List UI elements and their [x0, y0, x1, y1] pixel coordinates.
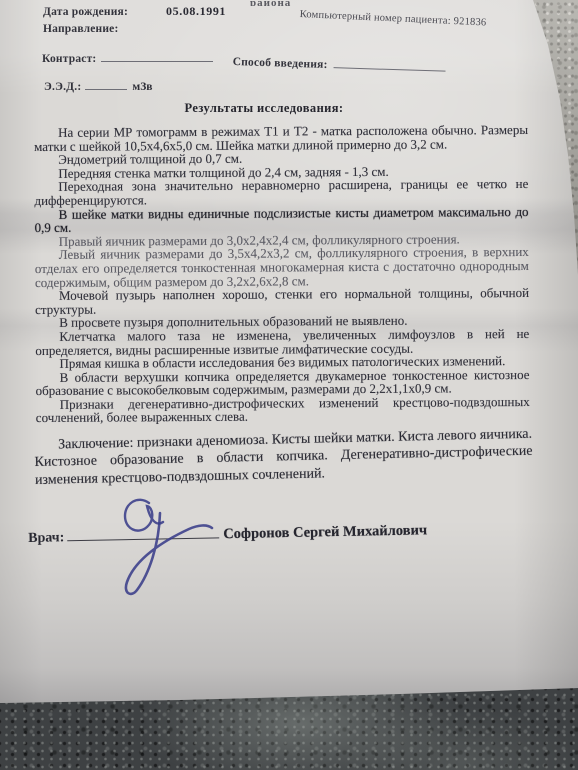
contrast-row: Контраст: [42, 49, 213, 67]
eed-label: Э.Э.Д.: [44, 81, 81, 93]
doctor-name: Софронов Сергей Михайлович [223, 522, 427, 542]
results-paragraph: Переходная зона значительно неравномерно… [34, 177, 528, 207]
doctor-label: Врач: [28, 530, 64, 546]
document-paper: района Дата рождения:05.08.1991 Компьюте… [0, 0, 578, 710]
administration-method-row: Способ введения: [232, 52, 445, 77]
administration-method-blank-line [334, 57, 446, 72]
birth-date-row: Дата рождения:05.08.1991 [43, 2, 226, 20]
birth-date-label: Дата рождения: [43, 6, 128, 18]
results-paragraph: Мочевой пузырь наполнен хорошо, стенки е… [35, 286, 529, 316]
referral-row: Направление: [43, 19, 119, 37]
results-paragraph: Левый яичник размерами до 3,5х4,2х3,2 см… [35, 245, 529, 289]
patient-number-value: 921836 [453, 16, 486, 28]
results-body: На серии МР томограмм в режимах Т1 и Т2 … [34, 123, 530, 425]
doctor-row: Врач:Софронов Сергей Михайлович [28, 521, 448, 547]
doctor-signature-line [67, 525, 219, 541]
eed-blank-line [85, 79, 127, 90]
top-edge-text-fragment: района [250, 0, 298, 6]
contrast-blank-line [101, 51, 213, 62]
results-paragraph: В области верхушки копчика определяется … [35, 368, 529, 398]
photo-scene: района Дата рождения:05.08.1991 Компьюте… [0, 0, 578, 770]
results-title: Результаты исследования: [34, 101, 494, 116]
referral-label: Направление: [43, 23, 119, 35]
results-paragraph: На серии МР томограмм в режимах Т1 и Т2 … [34, 123, 528, 153]
contrast-label: Контраст: [42, 53, 96, 65]
patient-number-label: Компьютерный номер пациента: [300, 9, 452, 27]
administration-method-label: Способ введения: [232, 56, 327, 71]
conclusion-paragraph: Заключение: признаки аденомиоза. Кисты ш… [34, 426, 533, 490]
birth-date-value: 05.08.1991 [166, 4, 226, 18]
patient-number-row: Компьютерный номер пациента: 921836 [300, 9, 487, 28]
eed-row: Э.Э.Д.:мЗв [44, 77, 153, 95]
results-paragraph: В шейке матки видны единичные подслизист… [34, 205, 528, 235]
results-paragraph: Признаки дегенеративно-дистрофических из… [36, 395, 530, 425]
eed-unit: мЗв [132, 81, 152, 93]
